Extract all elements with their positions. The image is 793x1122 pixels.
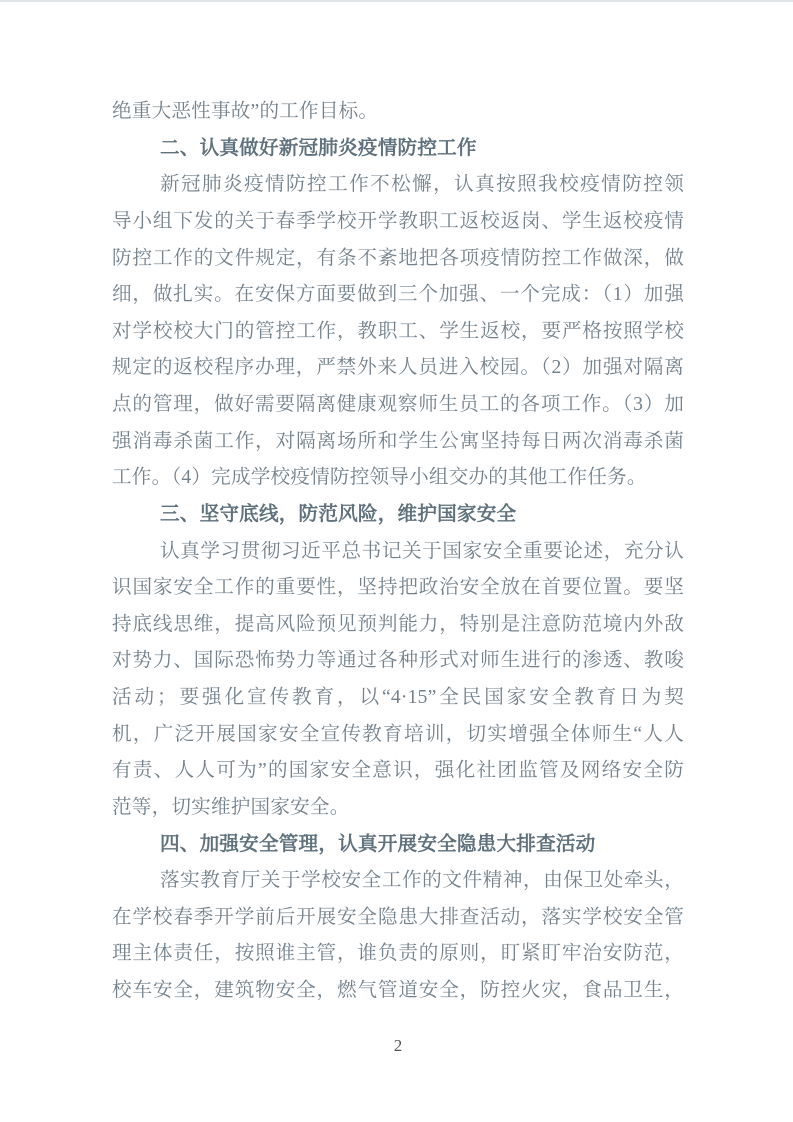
text-line: 机，广泛开展国家安全宣传教育培训，切实增强全体师生“人人 [112, 717, 684, 754]
text-line: 导小组下发的关于春季学校开学教职工返校返岗、学生返校疫情 [112, 204, 684, 241]
text-line: 新冠肺炎疫情防控工作不松懈，认真按照我校疫情防控领 [112, 167, 684, 204]
text-line: 强消毒杀菌工作，对隔离场所和学生公寓坚持每日两次消毒杀菌 [112, 424, 684, 461]
text-line: 范等，切实维护国家安全。 [112, 790, 684, 827]
text-line: 防控工作的文件规定，有条不紊地把各项疫情防控工作做深，做 [112, 241, 684, 278]
section-heading-4: 四、加强安全管理，认真开展安全隐患大排查活动 [112, 827, 684, 864]
document-page: 绝重大恶性事故”的工作目标。 二、认真做好新冠肺炎疫情防控工作 新冠肺炎疫情防控… [0, 0, 793, 1122]
text-line: 活动；要强化宣传教育，以“4·15”全民国家安全教育日为契 [112, 680, 684, 717]
text-line: 对势力、国际恐怖势力等通过各种形式对师生进行的渗透、教唆 [112, 643, 684, 680]
text-line: 认真学习贯彻习近平总书记关于国家安全重要论述，充分认 [112, 534, 684, 571]
text-line: 落实教育厅关于学校安全工作的文件精神，由保卫处牵头， [112, 863, 684, 900]
text-line: 识国家安全工作的重要性，坚持把政治安全放在首要位置。要坚 [112, 570, 684, 607]
text-line: 理主体责任，按照谁主管，谁负责的原则，盯紧盯牢治安防范， [112, 936, 684, 973]
page-number: 2 [112, 1036, 684, 1056]
text-line: 在学校春季开学前后开展安全隐患大排查活动，落实学校安全管 [112, 900, 684, 937]
document-text-block: 绝重大恶性事故”的工作目标。 二、认真做好新冠肺炎疫情防控工作 新冠肺炎疫情防控… [112, 94, 684, 1010]
text-line: 校车安全，建筑物安全，燃气管道安全，防控火灾，食品卫生， [112, 973, 684, 1010]
text-line: 有责、人人可为”的国家安全意识，强化社团监管及网络安全防 [112, 753, 684, 790]
text-line: 点的管理，做好需要隔离健康观察师生员工的各项工作。（3）加 [112, 387, 684, 424]
page-top-edge [0, 0, 793, 2]
text-line: 对学校校大门的管控工作，教职工、学生返校，要严格按照学校 [112, 314, 684, 351]
text-line: 绝重大恶性事故”的工作目标。 [112, 94, 684, 131]
section-heading-3: 三、坚守底线，防范风险，维护国家安全 [112, 497, 684, 534]
text-line: 细，做扎实。在安保方面要做到三个加强、一个完成：（1）加强 [112, 277, 684, 314]
section-heading-2: 二、认真做好新冠肺炎疫情防控工作 [112, 131, 684, 168]
text-line: 工作。（4）完成学校疫情防控领导小组交办的其他工作任务。 [112, 460, 684, 497]
text-line: 持底线思维，提高风险预见预判能力，特别是注意防范境内外敌 [112, 607, 684, 644]
text-line: 规定的返校程序办理，严禁外来人员进入校园。（2）加强对隔离 [112, 350, 684, 387]
